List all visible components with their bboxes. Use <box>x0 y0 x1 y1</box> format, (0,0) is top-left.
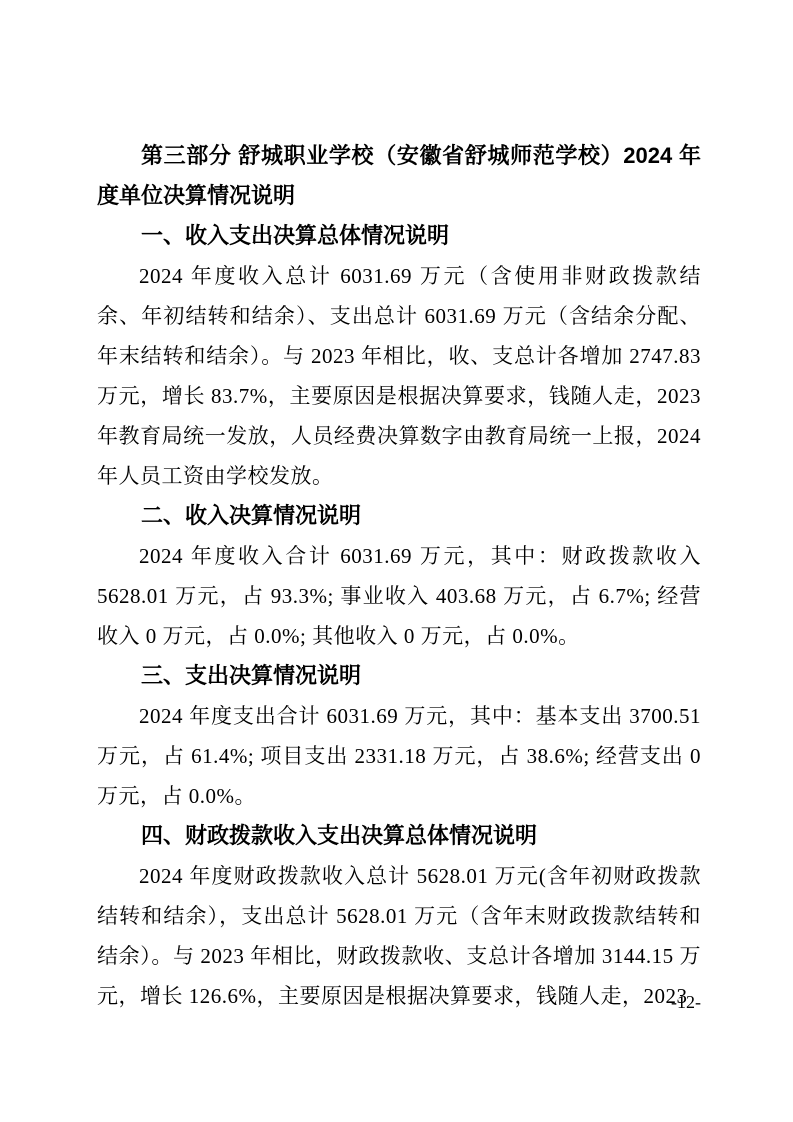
section-heading-2: 二、收入决算情况说明 <box>97 496 701 536</box>
section-heading-3: 三、支出决算情况说明 <box>97 656 701 696</box>
document-body: 第三部分 舒城职业学校（安徽省舒城师范学校）2024 年度单位决算情况说明 一、… <box>97 136 701 1016</box>
document-title: 第三部分 舒城职业学校（安徽省舒城师范学校）2024 年度单位决算情况说明 <box>97 136 701 216</box>
page-number: -12- <box>671 988 701 1016</box>
document-page: 第三部分 舒城职业学校（安徽省舒城师范学校）2024 年度单位决算情况说明 一、… <box>0 0 793 1122</box>
section-paragraph-1: 2024 年度收入总计 6031.69 万元（含使用非财政拨款结余、年初结转和结… <box>97 256 701 496</box>
section-paragraph-3: 2024 年度支出合计 6031.69 万元，其中：基本支出 3700.51 万… <box>97 696 701 816</box>
section-heading-1: 一、收入支出决算总体情况说明 <box>97 216 701 256</box>
section-heading-4: 四、财政拨款收入支出决算总体情况说明 <box>97 816 701 856</box>
section-paragraph-2: 2024 年度收入合计 6031.69 万元，其中：财政拨款收入 5628.01… <box>97 536 701 656</box>
section-paragraph-4: 2024 年度财政拨款收入总计 5628.01 万元(含年初财政拨款结转和结余）… <box>97 856 701 1016</box>
